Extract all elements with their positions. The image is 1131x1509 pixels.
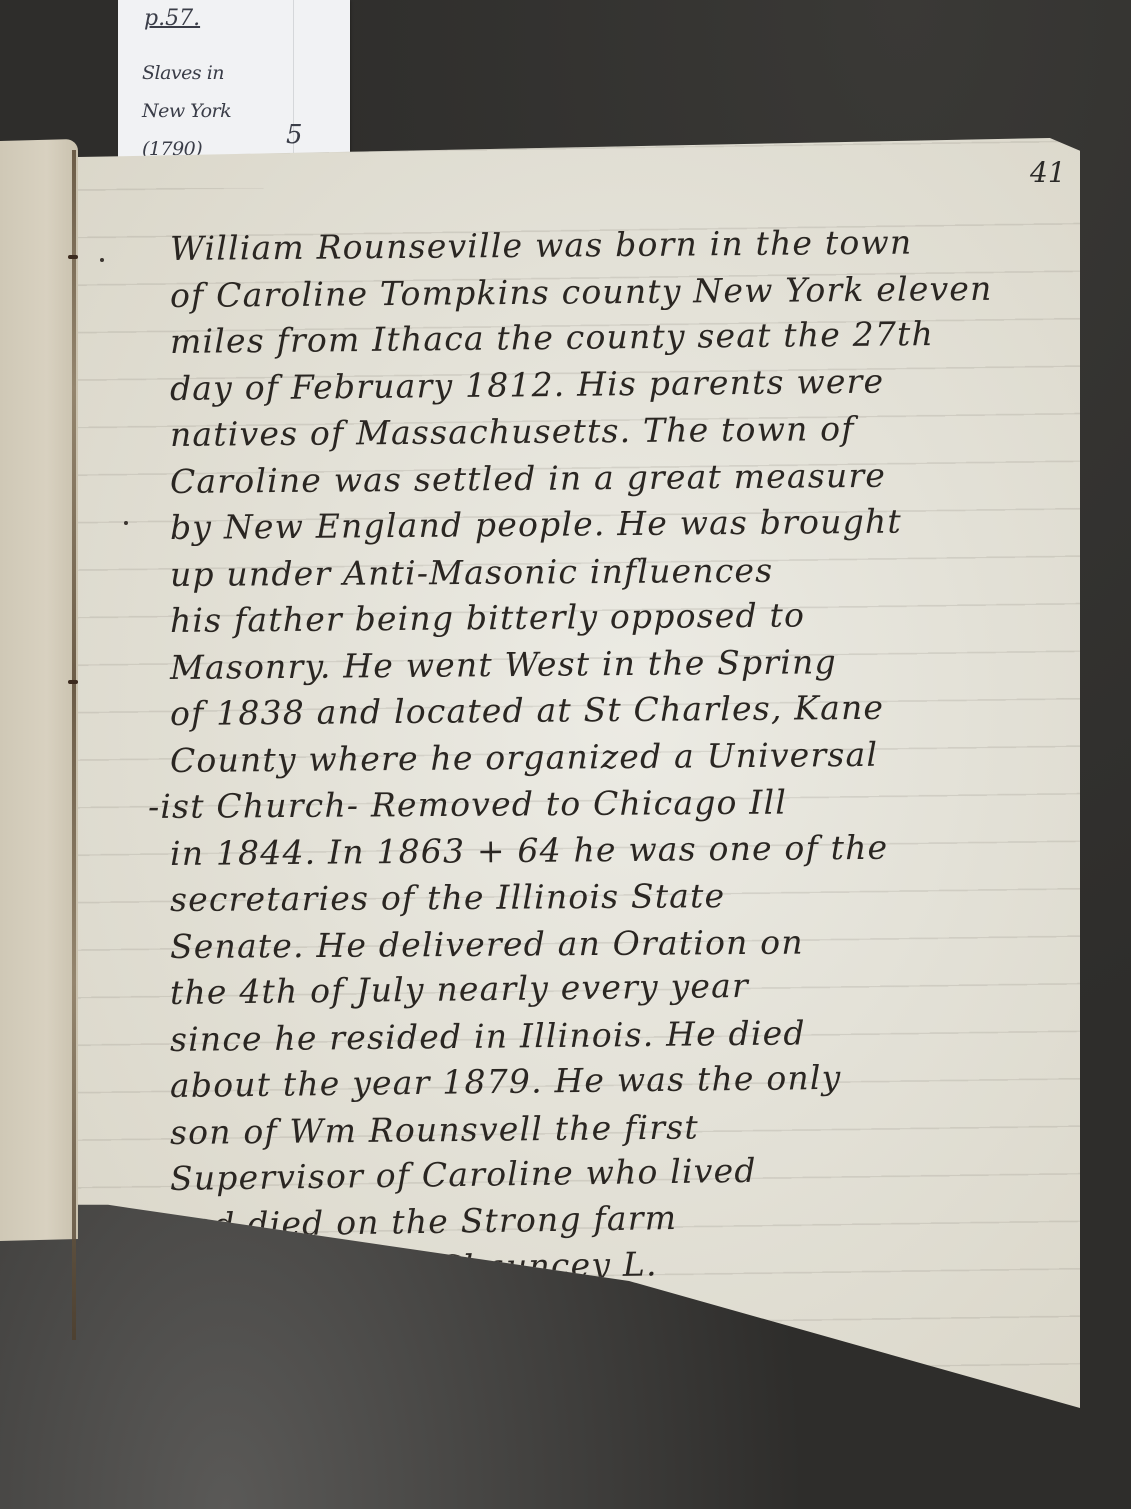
text-line: day of February 1812. His parents were xyxy=(170,356,1070,412)
text-line: about the year 1879. He was the only xyxy=(170,1052,1071,1109)
text-line: -ist Church- Removed to Chicago Ill xyxy=(148,778,1070,831)
text-line: of 1838 and located at St Charles, Kane xyxy=(170,683,1070,737)
text-line: County where he organized a Universal xyxy=(170,730,1070,784)
text-line: Masonry. He went West in the Spring xyxy=(170,637,1070,691)
text-line: his father being bitterly opposed to xyxy=(170,590,1070,644)
text-line: Caroline was settled in a great measure xyxy=(170,451,1070,505)
text-line: William Rounseville was born in the town xyxy=(170,218,1070,272)
text-line: natives of Massachusetts. The town of xyxy=(170,404,1070,458)
note-count: 5 xyxy=(286,120,303,150)
stitch-mark xyxy=(68,680,78,684)
margin-dot xyxy=(124,521,128,525)
text-line: in 1844. In 1863 + 64 he was one of the xyxy=(170,823,1070,877)
note-line: New York xyxy=(142,100,231,122)
text-line: up under Anti-Masonic influences xyxy=(170,545,1070,598)
facing-page-left xyxy=(0,139,78,1241)
text-line: secretaries of the Illinois State xyxy=(170,871,1070,924)
text-line: the 4th of July nearly every year xyxy=(170,959,1071,1016)
note-line: Slaves in xyxy=(142,62,224,84)
manuscript-page: 41 William Rounseville was born in the t… xyxy=(78,138,1080,1408)
stitch-mark xyxy=(68,255,78,259)
book-spine-stitching xyxy=(72,150,76,1340)
page-number: 41 xyxy=(1030,156,1066,189)
sticky-note-tab: p.57. Slaves in New York (1790) 5 xyxy=(118,0,350,170)
note-page-reference: p.57. xyxy=(144,6,200,31)
margin-dot xyxy=(100,258,104,262)
text-line: by New England people. He was brought xyxy=(170,497,1070,551)
handwritten-text: William Rounseville was born in the town… xyxy=(170,226,1070,1342)
